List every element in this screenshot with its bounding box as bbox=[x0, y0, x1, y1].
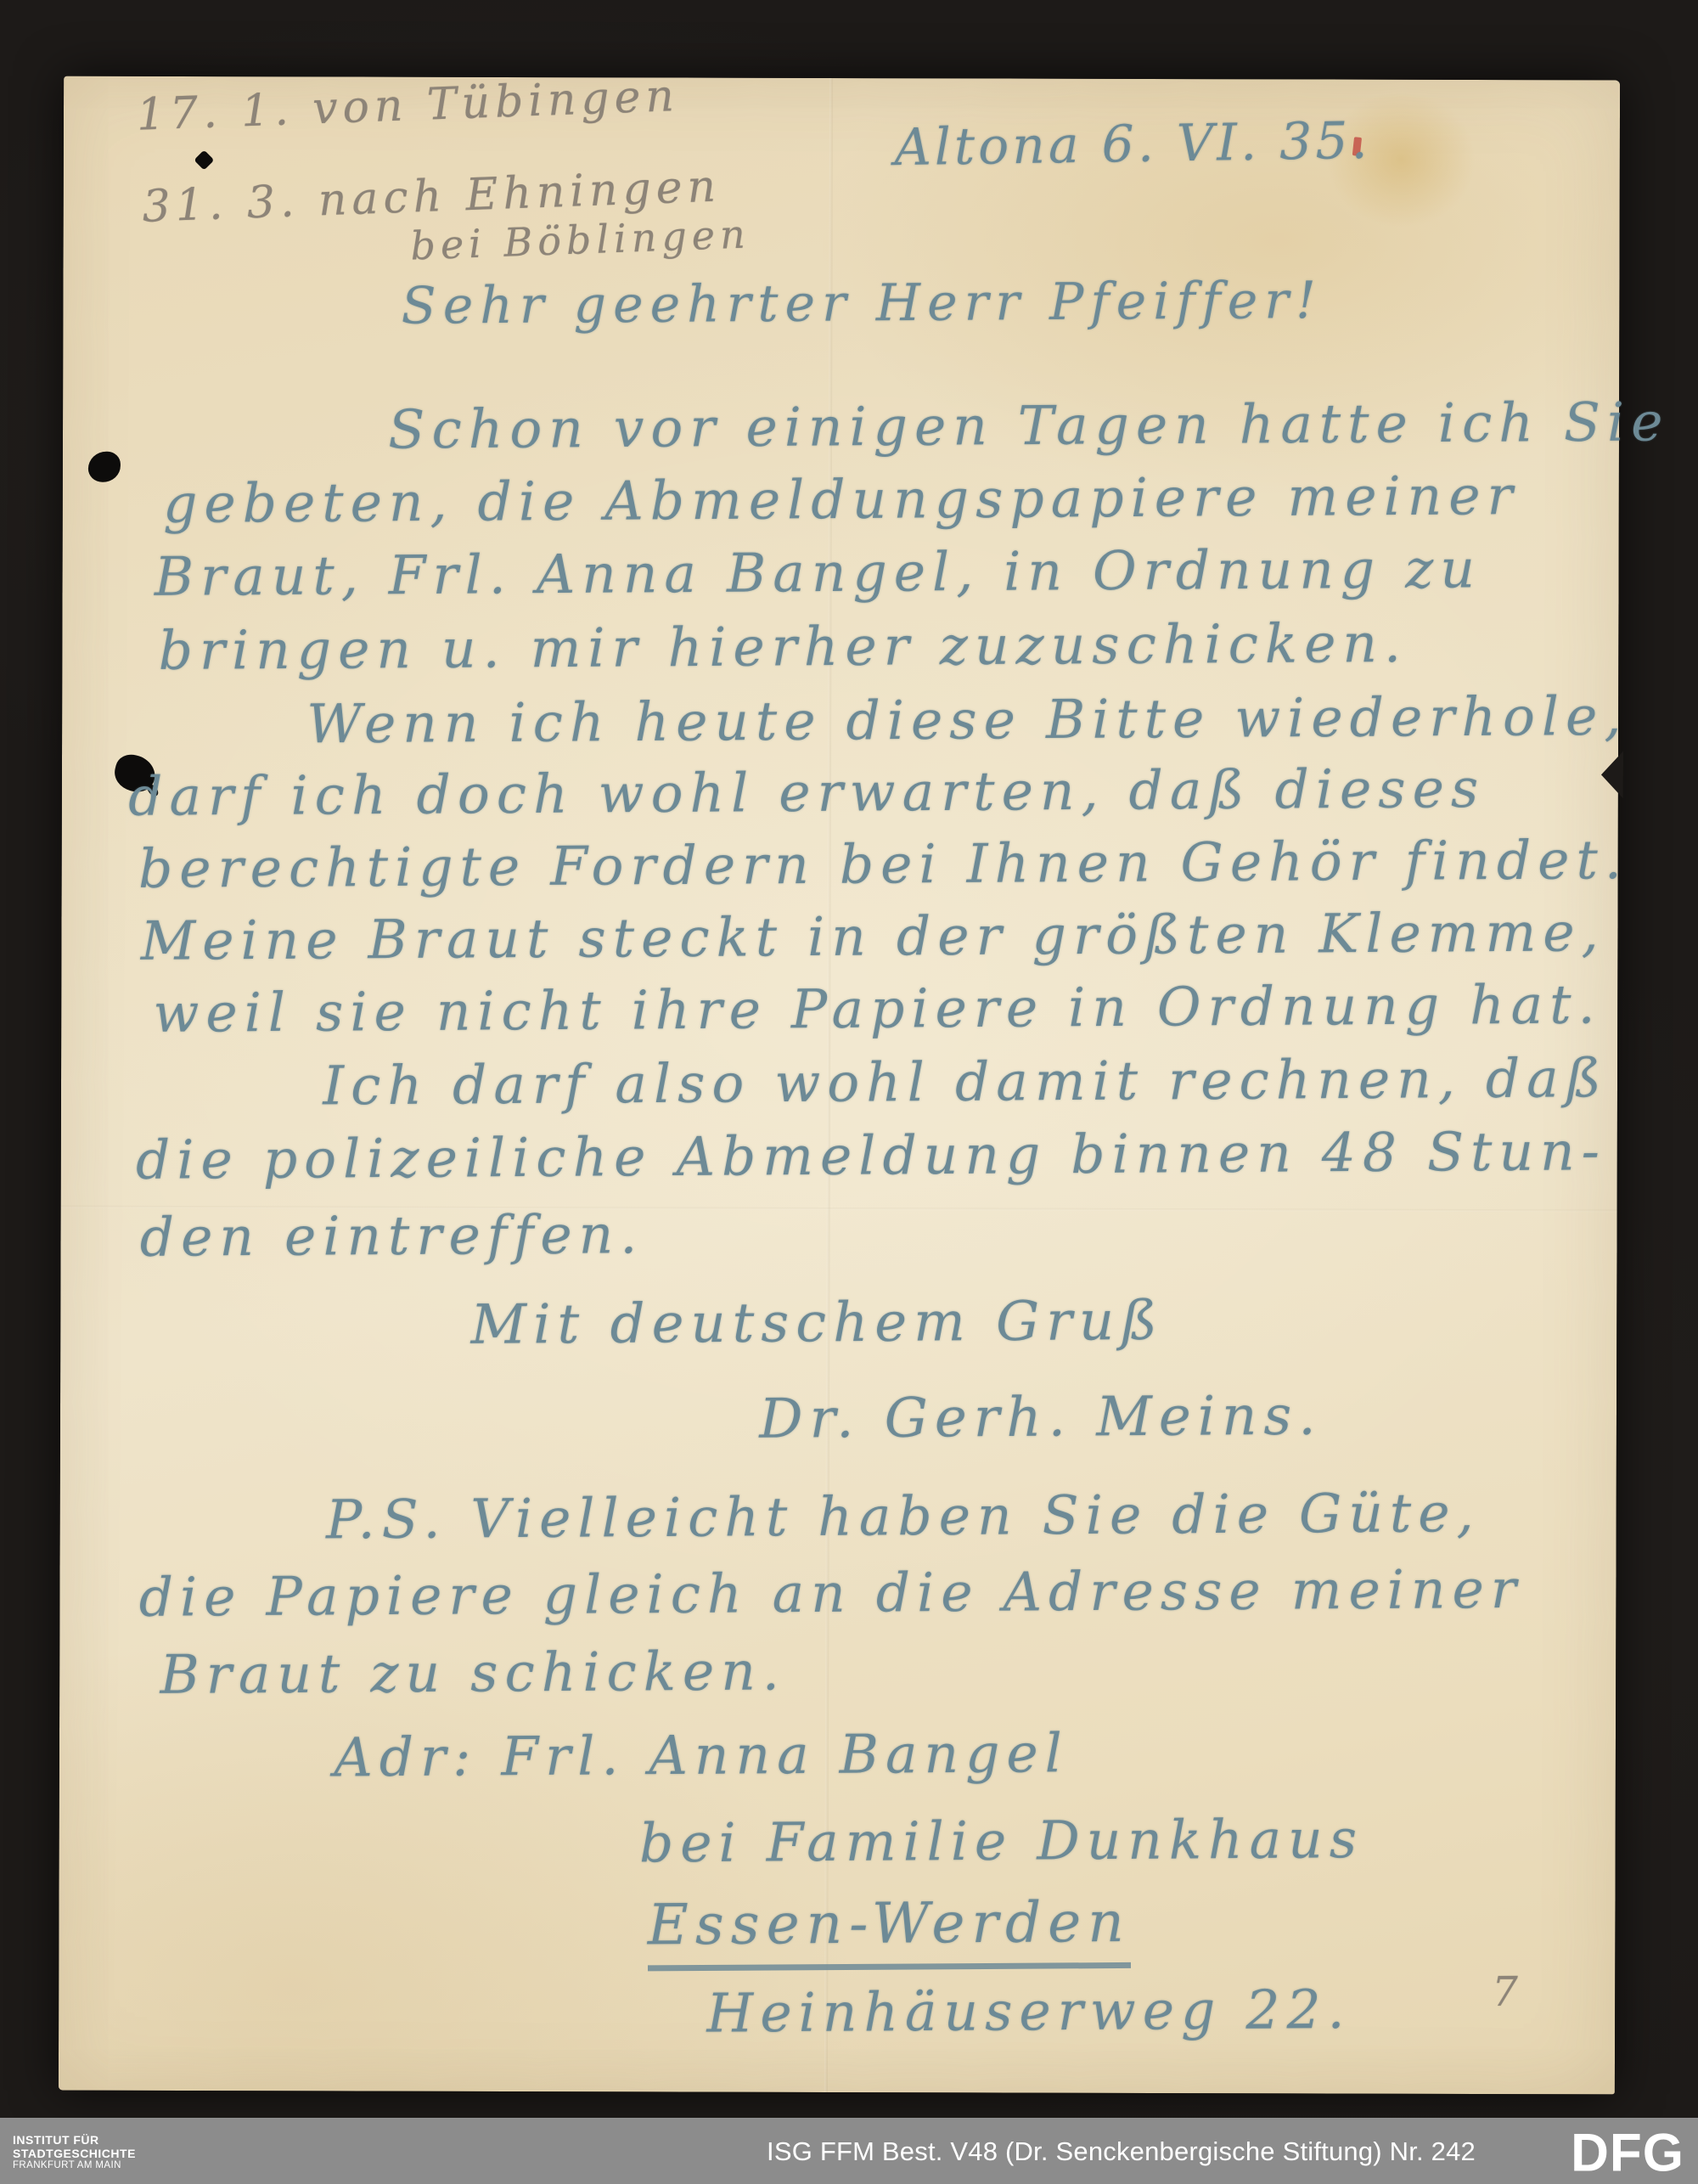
dateline: Altona 6. VI. 35. bbox=[894, 115, 1371, 173]
postscript-line: die Papiere gleich an die Adresse meiner bbox=[139, 1562, 1524, 1624]
body-line: gebeten, die Abmeldungspapiere meiner bbox=[163, 469, 1520, 531]
postscript-line: P.S. Vielleicht haben Sie die Güte, bbox=[326, 1486, 1481, 1546]
body-line: den eintreffen. bbox=[140, 1207, 644, 1264]
body-line: die polizeiliche Abmeldung binnen 48 Stu… bbox=[136, 1124, 1606, 1187]
punch-hole-small bbox=[194, 150, 214, 171]
archive-scan-background: 17. 1. von Tübingen 31. 3. nach Ehningen… bbox=[0, 0, 1698, 2184]
postscript-line: Braut zu schicken. bbox=[160, 1644, 786, 1702]
address-street: Heinhäuserweg 22. bbox=[706, 1983, 1352, 2040]
body-line: Meine Braut steckt in der größten Klemme… bbox=[141, 905, 1605, 968]
pencil-note-line3: bei Böblingen bbox=[410, 214, 751, 265]
pencil-note-line1: 17. 1. von Tübingen bbox=[136, 74, 680, 138]
institution-line1: INSTITUT FÜR bbox=[13, 2134, 136, 2147]
institution-line3: FRANKFURT AM MAIN bbox=[13, 2160, 136, 2171]
signature: Dr. Gerh. Meins. bbox=[759, 1389, 1323, 1447]
body-line: Ich darf also wohl damit rechnen, daß bbox=[323, 1051, 1608, 1112]
address-line: Adr: Frl. Anna Bangel bbox=[334, 1726, 1069, 1784]
salutation: Sehr geehrter Herr Pfeiffer! bbox=[401, 275, 1323, 332]
footer-bar: INSTITUT FÜR STADTGESCHICHTE FRANKFURT A… bbox=[0, 2118, 1698, 2184]
body-line: weil sie nicht ihre Papiere in Ordnung h… bbox=[153, 977, 1601, 1039]
institution-line2: STADTGESCHICHTE bbox=[13, 2147, 136, 2161]
body-line: bringen u. mir hierher zuzuschicken. bbox=[158, 616, 1408, 678]
institution-logo: INSTITUT FÜR STADTGESCHICHTE FRANKFURT A… bbox=[13, 2134, 136, 2171]
body-line: berechtigte Fordern bei Ihnen Gehör find… bbox=[138, 833, 1628, 896]
closing-formula: Mit deutschem Gruß bbox=[470, 1294, 1164, 1353]
body-line: Braut, Frl. Anna Bangel, in Ordnung zu bbox=[155, 542, 1482, 604]
address-city-underlined: Essen-Werden bbox=[647, 1894, 1131, 1971]
address-line: bei Familie Dunkhaus bbox=[639, 1812, 1364, 1870]
paper-edge-notch bbox=[1601, 751, 1623, 798]
body-line: Schon vor einigen Tagen hatte ich Sie bbox=[388, 395, 1670, 456]
page-number-pencil: 7 bbox=[1492, 1972, 1523, 2012]
letter-page: 17. 1. von Tübingen 31. 3. nach Ehningen… bbox=[59, 76, 1620, 2095]
dfg-logo: DFG bbox=[1571, 2122, 1684, 2183]
body-line: Wenn ich heute diese Bitte wiederhole, bbox=[306, 690, 1628, 751]
body-line: darf ich doch wohl erwarten, daß dieses bbox=[128, 762, 1485, 824]
punch-hole bbox=[88, 452, 121, 482]
archive-reference: ISG FFM Best. V48 (Dr. Senckenbergische … bbox=[767, 2136, 1476, 2167]
